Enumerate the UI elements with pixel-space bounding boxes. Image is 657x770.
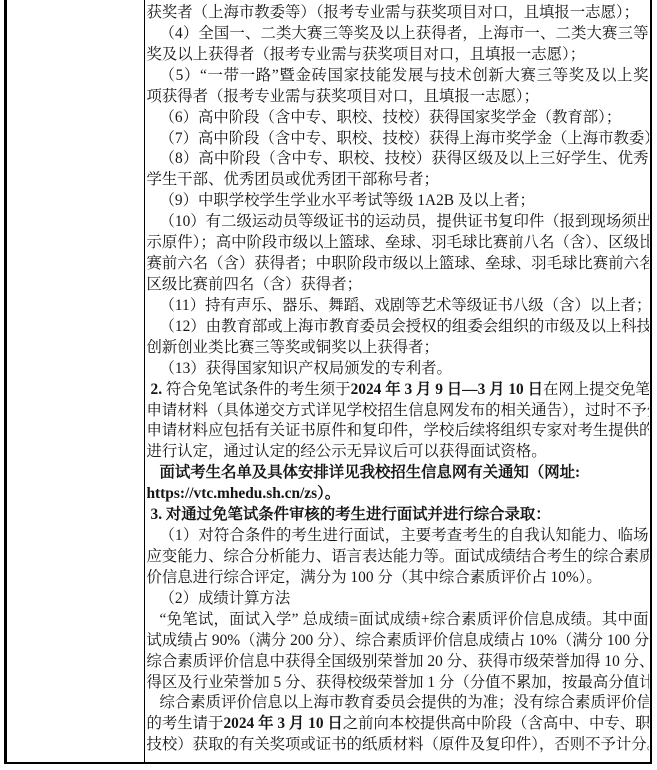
text-line: 创新创业类比赛三等奖或铜奖以上获得者； bbox=[147, 338, 649, 359]
text-line: 奖及以上获得者（报考专业需与获奖项目对口，且填报一志愿）； bbox=[147, 45, 649, 66]
text-run: 申请材料（具体递交方式详见学校招生信息网发布的相关通告），过时不予受理。 bbox=[147, 402, 649, 419]
text-line: 学生干部、优秀团员或优秀团干部称号者； bbox=[147, 170, 649, 191]
text-line: 获奖者（上海市教委等）（报考专业需与获奖项目对口，且填报一志愿）； bbox=[147, 3, 649, 24]
text-line: 面试考生名单及具体安排详见我校招生信息网有关通知（网址: bbox=[147, 463, 649, 484]
text-line: 得区及行业荣誉加 5 分、获得校级荣誉加 1 分（分值不累加，按最高分值计入）。 bbox=[147, 673, 649, 694]
text-run: 价信息进行综合评定，满分为 100 分（其中综合素质评价占 10%）。 bbox=[147, 569, 602, 586]
text-run: 区级比赛前四名（含）获得者； bbox=[147, 276, 362, 293]
text-line: 示原件）；高中阶段市级以上篮球、垒球、羽毛球比赛前八名（含）、区级比 bbox=[147, 233, 649, 254]
text-run: 项获得者（报考专业需与获奖项目对口，且填报一志愿）； bbox=[147, 88, 539, 105]
bold-text-run: https://vtc.mhedu.sh.cn/zs）。 bbox=[147, 485, 341, 502]
text-run: （4）全国一、二类大赛三等奖及以上获得者，上海市一、二类大赛三等 bbox=[160, 25, 649, 42]
text-run: （6）高中阶段（含中专、职校、技校）获得国家奖学金（教育部）； bbox=[160, 109, 622, 126]
text-run: 申请材料应包括有关证书原件和复印件，学校后续将组织专家对考生提供的材料 bbox=[147, 422, 649, 439]
document-page: 获奖者（上海市教委等）（报考专业需与获奖项目对口，且填报一志愿）；（4）全国一、… bbox=[0, 0, 657, 770]
text-line: （13）获得国家知识产权局颁发的专利者。 bbox=[147, 359, 649, 380]
text-line: 申请材料应包括有关证书原件和复印件，学校后续将组织专家对考生提供的材料 bbox=[147, 421, 649, 442]
text-line: （10）有二级运动员等级证书的运动员，提供证书复印件（报到现场须出 bbox=[147, 212, 649, 233]
text-line: “免笔试，面试入学” 总成绩=面试成绩+综合素质评价信息成绩。其中面 bbox=[147, 610, 649, 631]
text-run: 综合素质评价信息以上海市教育委员会提供的为准；没有综合素质评价信息 bbox=[160, 694, 649, 711]
text-line: 进行认定，通过认定的经公示无异议后可以获得面试资格。 bbox=[147, 442, 649, 463]
bold-text-run: 2024 年 3 月 10 日 bbox=[223, 715, 342, 732]
text-run: （13）获得国家知识产权局颁发的专利者。 bbox=[160, 360, 452, 377]
text-run: 应变能力、综合分析能力、语言表达能力等。面试成绩结合考生的综合素质评 bbox=[147, 548, 649, 565]
text-run: （2）成绩计算方法 bbox=[160, 590, 291, 607]
text-run: 符合免笔试条件的考生须于 bbox=[162, 381, 351, 398]
bold-text-run: 面试考生名单及具体安排详见我校招生信息网有关通知（网址: bbox=[160, 464, 581, 481]
text-line: 区级比赛前四名（含）获得者； bbox=[147, 275, 649, 296]
text-line: （6）高中阶段（含中专、职校、技校）获得国家奖学金（教育部）； bbox=[147, 108, 649, 129]
text-line: 价信息进行综合评定，满分为 100 分（其中综合素质评价占 10%）。 bbox=[147, 568, 649, 589]
text-line: （2）成绩计算方法 bbox=[147, 589, 649, 610]
text-run: 得区及行业荣誉加 5 分、获得校级荣誉加 1 分（分值不累加，按最高分值计入）。 bbox=[147, 674, 649, 691]
text-line: （7）高中阶段（含中专、职校、技校）获得上海市奖学金（上海市教委）； bbox=[147, 129, 649, 150]
text-line: （1）对符合条件的考生进行面试，主要考查考生的自我认知能力、临场 bbox=[147, 526, 649, 547]
text-line: 申请材料（具体递交方式详见学校招生信息网发布的相关通告），过时不予受理。 bbox=[147, 401, 649, 422]
text-line: 2. 符合免笔试条件的考生须于2024 年 3 月 9 日—3 月 10 日在网… bbox=[147, 380, 649, 401]
text-line: （5）“一带一路”暨金砖国家技能发展与技术创新大赛三等奖及以上奖 bbox=[147, 66, 649, 87]
table-right-border bbox=[650, 0, 652, 764]
text-run: （11）持有声乐、器乐、舞蹈、戏剧等艺术等级证书八级（含）以上者； bbox=[160, 297, 649, 314]
text-run: （7）高中阶段（含中专、职校、技校）获得上海市奖学金（上海市教委）； bbox=[160, 130, 649, 147]
left-cell bbox=[7, 0, 143, 761]
text-run: 示原件）；高中阶段市级以上篮球、垒球、羽毛球比赛前八名（含）、区级比 bbox=[147, 234, 649, 251]
text-run: 试成绩占 90%（满分 200 分）、综合素质评价信息成绩占 10%（满分 10… bbox=[147, 632, 649, 649]
text-line: 的考生请于2024 年 3 月 10 日之前向本校提供高中阶段（含高中、中专、职… bbox=[147, 714, 649, 735]
text-run: （8）高中阶段（含中专、职校、技校）获得区级及以上三好学生、优秀 bbox=[160, 150, 649, 167]
text-run: （1）对符合条件的考生进行面试，主要考查考生的自我认知能力、临场 bbox=[160, 527, 649, 544]
text-run: 的考生请于 bbox=[147, 715, 224, 732]
text-run: 获奖者（上海市教委等）（报考专业需与获奖项目对口，且填报一志愿）； bbox=[147, 4, 640, 21]
text-run: 综合素质评价信息中获得全国级别荣誉加 20 分、获得市级荣誉加得 10 分、获 bbox=[147, 653, 649, 670]
text-run: （5）“一带一路”暨金砖国家技能发展与技术创新大赛三等奖及以上奖 bbox=[160, 67, 649, 84]
text-run: “免笔试，面试入学” 总成绩=面试成绩+综合素质评价信息成绩。其中面 bbox=[160, 611, 649, 628]
text-line: 综合素质评价信息以上海市教育委员会提供的为准；没有综合素质评价信息 bbox=[147, 693, 649, 714]
text-line: （11）持有声乐、器乐、舞蹈、戏剧等艺术等级证书八级（含）以上者； bbox=[147, 296, 649, 317]
table-column-divider bbox=[144, 0, 145, 762]
text-line: 技校）获取的有关奖项或证书的纸质材料（原件及复印件），否则不予计分。 bbox=[147, 735, 649, 756]
text-run: 创新创业类比赛三等奖或铜奖以上获得者； bbox=[147, 339, 439, 356]
text-line: 综合素质评价信息中获得全国级别荣誉加 20 分、获得市级荣誉加得 10 分、获 bbox=[147, 652, 649, 673]
bold-text-run: 3. 对通过免笔试条件审核的考生进行面试并进行综合录取： bbox=[151, 506, 551, 523]
content-cell: 获奖者（上海市教委等）（报考专业需与获奖项目对口，且填报一志愿）；（4）全国一、… bbox=[147, 3, 649, 756]
text-line: https://vtc.mhedu.sh.cn/zs）。 bbox=[147, 484, 649, 505]
text-run: （12）由教育部或上海市教育委员会授权的组委会组织的市级及以上科技 bbox=[160, 318, 649, 335]
text-run: （9）中职学校学生学业水平考试等级 1A2B 及以上者； bbox=[160, 192, 535, 209]
text-run: 之前向本校提供高中阶段（含高中、中专、职校和 bbox=[343, 715, 649, 732]
text-line: 试成绩占 90%（满分 200 分）、综合素质评价信息成绩占 10%（满分 10… bbox=[147, 631, 649, 652]
text-line: 赛前六名（含）获得者；中职阶段市级以上篮球、垒球、羽毛球比赛前六名（含）、 bbox=[147, 254, 649, 275]
table-bottom-border bbox=[4, 762, 652, 765]
bold-text-run: 2. bbox=[151, 381, 163, 398]
text-run: 进行认定，通过认定的经公示无异议后可以获得面试资格。 bbox=[147, 443, 547, 460]
text-line: （8）高中阶段（含中专、职校、技校）获得区级及以上三好学生、优秀 bbox=[147, 149, 649, 170]
text-line: 应变能力、综合分析能力、语言表达能力等。面试成绩结合考生的综合素质评 bbox=[147, 547, 649, 568]
text-line: （4）全国一、二类大赛三等奖及以上获得者，上海市一、二类大赛三等 bbox=[147, 24, 649, 45]
text-run: 赛前六名（含）获得者；中职阶段市级以上篮球、垒球、羽毛球比赛前六名（含）、 bbox=[147, 255, 649, 272]
text-run: 学生干部、优秀团员或优秀团干部称号者； bbox=[147, 171, 439, 188]
text-line: （12）由教育部或上海市教育委员会授权的组委会组织的市级及以上科技 bbox=[147, 317, 649, 338]
text-line: （9）中职学校学生学业水平考试等级 1A2B 及以上者； bbox=[147, 191, 649, 212]
text-line: 项获得者（报考专业需与获奖项目对口，且填报一志愿）； bbox=[147, 87, 649, 108]
bold-text-run: 2024 年 3 月 9 日—3 月 10 日 bbox=[351, 381, 543, 398]
text-run: 奖及以上获得者（报考专业需与获奖项目对口，且填报一志愿）； bbox=[147, 46, 586, 63]
text-run: 在网上提交免笔试 bbox=[543, 381, 649, 398]
text-run: （10）有二级运动员等级证书的运动员，提供证书复印件（报到现场须出 bbox=[160, 213, 649, 230]
text-run: 技校）获取的有关奖项或证书的纸质材料（原件及复印件），否则不予计分。 bbox=[147, 736, 649, 753]
text-line: 3. 对通过免笔试条件审核的考生进行面试并进行综合录取： bbox=[147, 505, 649, 526]
